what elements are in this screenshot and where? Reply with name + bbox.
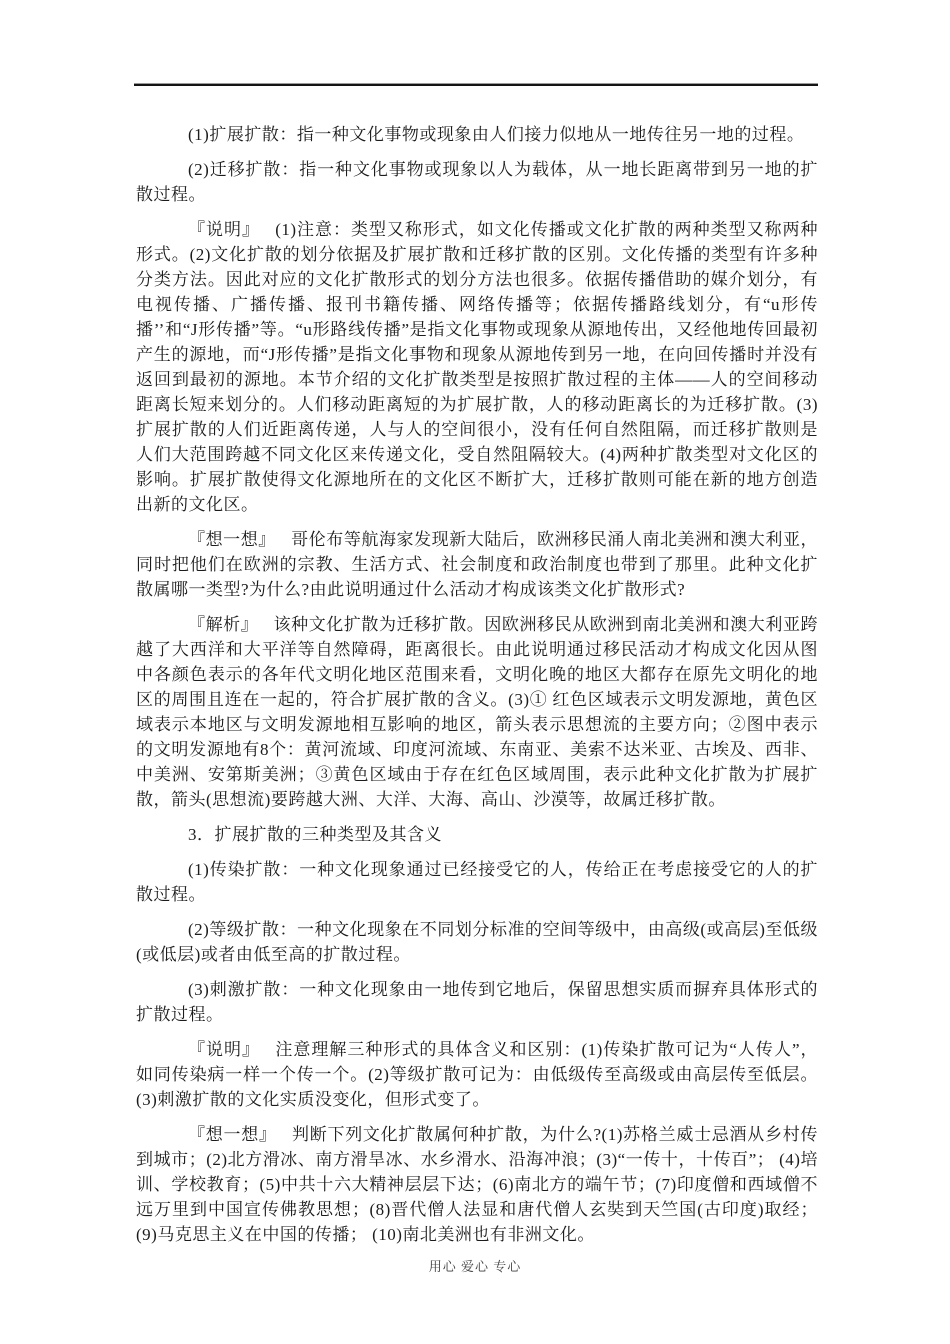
paragraph-text: (3)刺激扩散：一种文化现象由一地传到它地后，保留思想实质而摒弃具体形式的扩散过… — [136, 980, 818, 1024]
paragraph-text: (1)传染扩散：一种文化现象通过已经接受它的人，传给正在考虑接受它的人的扩散过程… — [136, 860, 818, 904]
page-footer-motto: 用心 爱心 专心 — [0, 1256, 950, 1275]
paragraph-label: 『说明』 — [188, 220, 260, 239]
paragraph-definition-relocation: (2)迁移扩散：指一种文化事物或现象以人为载体，从一地长距离带到另一地的扩散过程… — [136, 157, 818, 207]
paragraph-text: 3．扩展扩散的三种类型及其含义 — [188, 825, 442, 844]
paragraph-contagious-diffusion: (1)传染扩散：一种文化现象通过已经接受它的人，传给正在考虑接受它的人的扩散过程… — [136, 857, 818, 907]
section-heading-3: 3．扩展扩散的三种类型及其含义 — [136, 822, 818, 847]
paragraph-label: 『想一想』 — [188, 530, 276, 549]
document-body: (1)扩展扩散：指一种文化事物或现象由人们接力似地从一地传往另一地的过程。 (2… — [136, 122, 818, 1257]
paragraph-hierarchical-diffusion: (2)等级扩散：一种文化现象在不同划分标准的空间等级中，由高级(或高层)至低级(… — [136, 917, 818, 967]
paragraph-text: 该种文化扩散为迁移扩散。因欧洲移民从欧洲到南北美洲和澳大利亚跨越了大西洋和大平洋… — [136, 615, 818, 809]
paragraph-text: (2)等级扩散：一种文化现象在不同划分标准的空间等级中，由高级(或高层)至低级(… — [136, 920, 818, 964]
paragraph-xiangyixiang-1: 『想一想』哥伦布等航海家发现新大陆后，欧洲移民涌人南北美洲和澳大利亚，同时把他们… — [136, 527, 818, 602]
paragraph-shuoming-2: 『说明』注意理解三种形式的具体含义和区别：(1)传染扩散可记为“人传人”，如同传… — [136, 1037, 818, 1112]
paragraph-definition-expansion: (1)扩展扩散：指一种文化事物或现象由人们接力似地从一地传往另一地的过程。 — [136, 122, 818, 147]
header-rule — [134, 83, 818, 86]
paragraph-text: (2)迁移扩散：指一种文化事物或现象以人为载体，从一地长距离带到另一地的扩散过程… — [136, 160, 818, 204]
paragraph-label: 『解析』 — [188, 615, 258, 634]
paragraph-label: 『想一想』 — [188, 1125, 277, 1144]
paragraph-xiangyixiang-2: 『想一想』判断下列文化扩散属何种扩散，为什么?(1)苏格兰威士忌酒从乡村传到城市… — [136, 1122, 818, 1247]
paragraph-text: (1)扩展扩散：指一种文化事物或现象由人们接力似地从一地传往另一地的过程。 — [188, 125, 804, 144]
paragraph-label: 『说明』 — [188, 1040, 260, 1059]
document-page: (1)扩展扩散：指一种文化事物或现象由人们接力似地从一地传往另一地的过程。 (2… — [0, 0, 950, 1344]
paragraph-text: (1)注意：类型又称形式，如文化传播或文化扩散的两种类型又称两种形式。(2)文化… — [136, 220, 818, 514]
paragraph-shuoming-1: 『说明』(1)注意：类型又称形式，如文化传播或文化扩散的两种类型又称两种形式。(… — [136, 217, 818, 517]
paragraph-jiexi: 『解析』该种文化扩散为迁移扩散。因欧洲移民从欧洲到南北美洲和澳大利亚跨越了大西洋… — [136, 612, 818, 812]
paragraph-stimulus-diffusion: (3)刺激扩散：一种文化现象由一地传到它地后，保留思想实质而摒弃具体形式的扩散过… — [136, 977, 818, 1027]
